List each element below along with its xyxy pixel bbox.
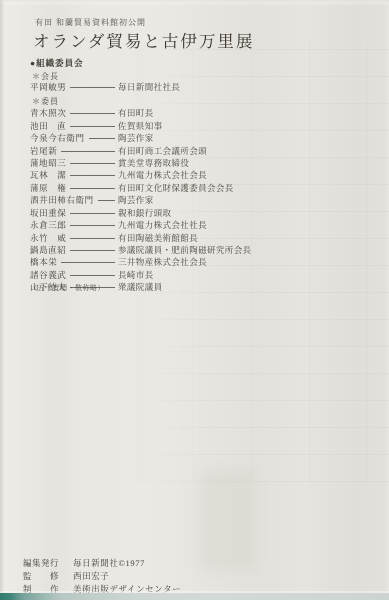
member-role: 長崎市長	[118, 269, 154, 281]
scanned-catalog-page: 有田 和蘭貿易資料館初公開 オランダ貿易と古伊万里展 ●組織委員会 ＊会長 平岡…	[0, 0, 389, 600]
member-row: 岩尾新有田町商工会議所会頭	[30, 144, 290, 156]
dash-leader	[70, 87, 115, 88]
member-nameblock: 蒲原 権	[30, 182, 118, 194]
member-row: 蒲原 権有田町文化財保護委員会会長	[30, 182, 290, 194]
dash-leader	[70, 188, 115, 189]
member-nameblock: 永倉三郎	[30, 219, 118, 231]
book-edge-strip	[0, 593, 389, 600]
member-role: 参議院議員・肥前陶磁研究所会長	[118, 244, 252, 256]
dash-leader	[70, 113, 115, 114]
member-role: 陶芸作家	[118, 194, 154, 206]
dash-leader	[98, 200, 115, 201]
member-row: 橋本栄三井物産株式会社会長	[30, 256, 290, 268]
member-name: 鍋島直紹	[30, 244, 66, 256]
member-row: 鍋島直紹参議院議員・肥前陶磁研究所会長	[30, 244, 290, 256]
dash-leader	[70, 238, 115, 239]
member-name: 坂田重保	[30, 207, 66, 219]
member-row: 永竹 威有田陶磁美術館館長	[30, 231, 290, 243]
member-nameblock: 諸谷義武	[30, 269, 118, 281]
member-role: 親和銀行頭取	[118, 207, 171, 219]
dash-leader	[70, 250, 115, 251]
colophon-row: 監 修 西田宏子	[23, 569, 181, 582]
dash-leader	[70, 213, 115, 214]
member-row: 酒井田柿右衛門陶芸作家	[30, 194, 290, 206]
member-name: 永竹 威	[30, 232, 66, 244]
page-content: 有田 和蘭貿易資料館初公開 オランダ貿易と古伊万里展 ●組織委員会 ＊会長 平岡…	[0, 0, 389, 600]
member-row: 青木照次有田町長	[30, 107, 290, 119]
member-name: 池田 直	[30, 120, 66, 132]
colophon-value: 毎日新聞社©1977	[73, 557, 145, 569]
colophon: 編集発行 毎日新聞社©1977 監 修 西田宏子 制 作 美術出版デザインセンタ…	[23, 556, 181, 596]
member-nameblock: 蒲地昭三	[30, 157, 118, 169]
member-row: 坂田重保親和銀行頭取	[30, 207, 290, 219]
member-row: 蒲地昭三賞美堂専務取締役	[30, 157, 290, 169]
member-role: 佐賀県知事	[118, 120, 163, 132]
page-title: オランダ貿易と古伊万里展	[33, 28, 254, 52]
member-nameblock: 岩尾新	[30, 145, 118, 157]
colophon-label: 編集発行	[23, 557, 63, 569]
colophon-row: 編集発行 毎日新聞社©1977	[23, 556, 181, 569]
member-role: 三井物産株式会社会長	[118, 256, 207, 268]
member-role: 有田町文化財保護委員会会長	[118, 182, 234, 194]
committee-heading: ●組織委員会	[30, 57, 84, 69]
member-name: 橋本栄	[30, 256, 57, 268]
member-row: 今泉今右衛門陶芸作家	[30, 132, 290, 144]
member-role: 賞美堂専務取締役	[118, 157, 189, 169]
chair-nameblock: 平岡敏男	[30, 81, 118, 93]
dash-leader	[70, 175, 115, 176]
colophon-value: 西田宏子	[73, 570, 109, 582]
dash-leader	[70, 126, 115, 127]
member-nameblock: 坂田重保	[30, 207, 118, 219]
member-role: 陶芸作家	[118, 132, 154, 144]
member-nameblock: 永竹 威	[30, 232, 118, 244]
member-nameblock: 鍋島直紹	[30, 244, 118, 256]
ordering-note: （五十音順・敬称略）	[30, 283, 105, 293]
member-role: 九州電力株式会社会長	[118, 169, 207, 181]
member-role: 九州電力株式会社社長	[118, 219, 207, 231]
member-row: 永倉三郎九州電力株式会社社長	[30, 219, 290, 231]
member-nameblock: 酒井田柿右衛門	[30, 194, 118, 206]
member-name: 酒井田柿右衛門	[30, 194, 94, 206]
dash-leader	[89, 138, 115, 139]
member-row: 瓦林 潔九州電力株式会社会長	[30, 169, 290, 181]
dash-leader	[70, 225, 115, 226]
member-name: 今泉今右衛門	[30, 132, 85, 144]
chair-role: 毎日新聞社社長	[118, 81, 180, 93]
member-row: 池田 直佐賀県知事	[30, 119, 290, 131]
dash-leader	[61, 151, 115, 152]
member-name: 蒲地昭三	[30, 157, 66, 169]
chair-row: 平岡敏男 毎日新聞社社長	[30, 81, 260, 93]
member-role: 有田町長	[118, 107, 154, 119]
member-name: 青木照次	[30, 107, 66, 119]
colophon-label: 監 修	[23, 570, 63, 582]
member-name: 岩尾新	[30, 145, 57, 157]
members-subheading: ＊委員	[32, 96, 59, 107]
member-nameblock: 池田 直	[30, 120, 118, 132]
member-role: 衆議院議員	[118, 281, 163, 293]
member-nameblock: 青木照次	[30, 107, 118, 119]
member-nameblock: 今泉今右衛門	[30, 132, 118, 144]
members-list: 青木照次有田町長 池田 直佐賀県知事 今泉今右衛門陶芸作家 岩尾新有田町商工会議…	[30, 107, 290, 294]
member-nameblock: 橋本栄	[30, 256, 118, 268]
dash-leader	[61, 262, 115, 263]
chair-name: 平岡敏男	[30, 81, 66, 93]
member-name: 永倉三郎	[30, 219, 66, 231]
member-role: 有田陶磁美術館館長	[118, 232, 198, 244]
member-role: 有田町商工会議所会頭	[118, 145, 207, 157]
member-name: 瓦林 潔	[30, 169, 66, 181]
member-row: 諸谷義武長崎市長	[30, 269, 290, 281]
member-name: 諸谷義武	[30, 269, 66, 281]
member-nameblock: 瓦林 潔	[30, 169, 118, 181]
dash-leader	[70, 163, 115, 164]
member-name: 蒲原 権	[30, 182, 66, 194]
dash-leader	[70, 275, 115, 276]
exhibition-subtitle: 有田 和蘭貿易資料館初公開	[35, 17, 146, 28]
